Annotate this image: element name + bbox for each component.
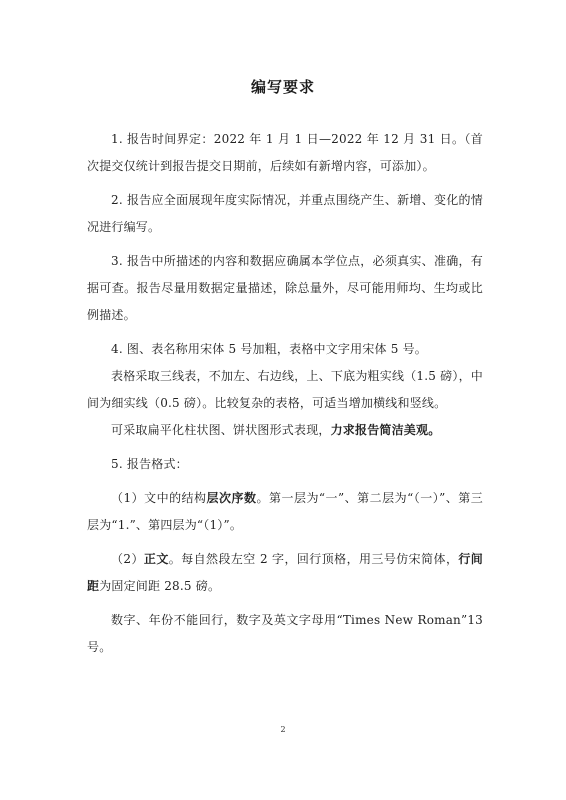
paragraph-text: 表格采取三线表，不加左、右边线，上、下底为粗实线（1.5 磅），中间为细实线（0… [87,369,483,410]
paragraph-three-line-table: 表格采取三线表，不加左、右边线，上、下底为粗实线（1.5 磅），中间为细实线（0… [87,363,483,417]
paragraph-data-accuracy: 3. 报告中所描述的内容和数据应确属本学位点，必须真实、准确，有据可查。报告尽量… [87,248,483,329]
paragraph-format-heading: 5. 报告格式： [87,451,483,478]
paragraph-hierarchy: （1）文中的结构层次序数。第一层为“一”、第二层为“（一）”、第三层为“1.”、… [87,485,483,539]
paragraph-bold-text: 力求报告简洁美观。 [331,423,441,437]
paragraph-charts: 可采取扁平化柱状图、饼状图形式表现，力求报告简洁美观。 [87,417,483,444]
paragraph-text: 4. 图、表名称用宋体 5 号加粗，表格中文字用宋体 5 号。 [111,342,427,356]
paragraph-text: 1. 报告时间界定：2022 年 1 月 1 日—2022 年 12 月 31 … [87,132,483,173]
paragraph-bold-text: 层次序数 [207,491,257,505]
paragraph-report-period: 1. 报告时间界定：2022 年 1 月 1 日—2022 年 12 月 31 … [87,126,483,180]
paragraph-text: 可采取扁平化柱状图、饼状图形式表现， [111,423,331,437]
paragraph-text: 为固定间距 28.5 磅。 [99,579,220,593]
paragraph-text: 2. 报告应全面展现年度实际情况，并重点围绕产生、新增、变化的情况进行编写。 [87,193,483,234]
page-title: 编写要求 [0,76,566,97]
paragraph-text: 数字、年份不能回行，数字及英文字母用“Times New Roman”13 号。 [87,613,483,654]
document-page: 编写要求 1. 报告时间界定：2022 年 1 月 1 日—2022 年 12 … [0,0,566,800]
page-number: 2 [0,725,566,734]
paragraph-text: 3. 报告中所描述的内容和数据应确属本学位点，必须真实、准确，有据可查。报告尽量… [87,254,483,322]
paragraph-body-text: （2）正文。每自然段左空 2 字，回行顶格，用三号仿宋简体，行间距为固定间距 2… [87,546,483,600]
paragraph-bold-text: 正文 [144,552,169,566]
paragraph-comprehensive: 2. 报告应全面展现年度实际情况，并重点围绕产生、新增、变化的情况进行编写。 [87,187,483,241]
paragraph-figure-table-font: 4. 图、表名称用宋体 5 号加粗，表格中文字用宋体 5 号。 [87,336,483,363]
document-body: 1. 报告时间界定：2022 年 1 月 1 日—2022 年 12 月 31 … [87,126,483,661]
paragraph-numbers-font: 数字、年份不能回行，数字及英文字母用“Times New Roman”13 号。 [87,607,483,661]
paragraph-text: 。每自然段左空 2 字，回行顶格，用三号仿宋简体， [169,552,459,566]
paragraph-text: 5. 报告格式： [111,457,188,471]
paragraph-text: （2） [111,552,144,566]
paragraph-text: （1）文中的结构 [111,491,207,505]
